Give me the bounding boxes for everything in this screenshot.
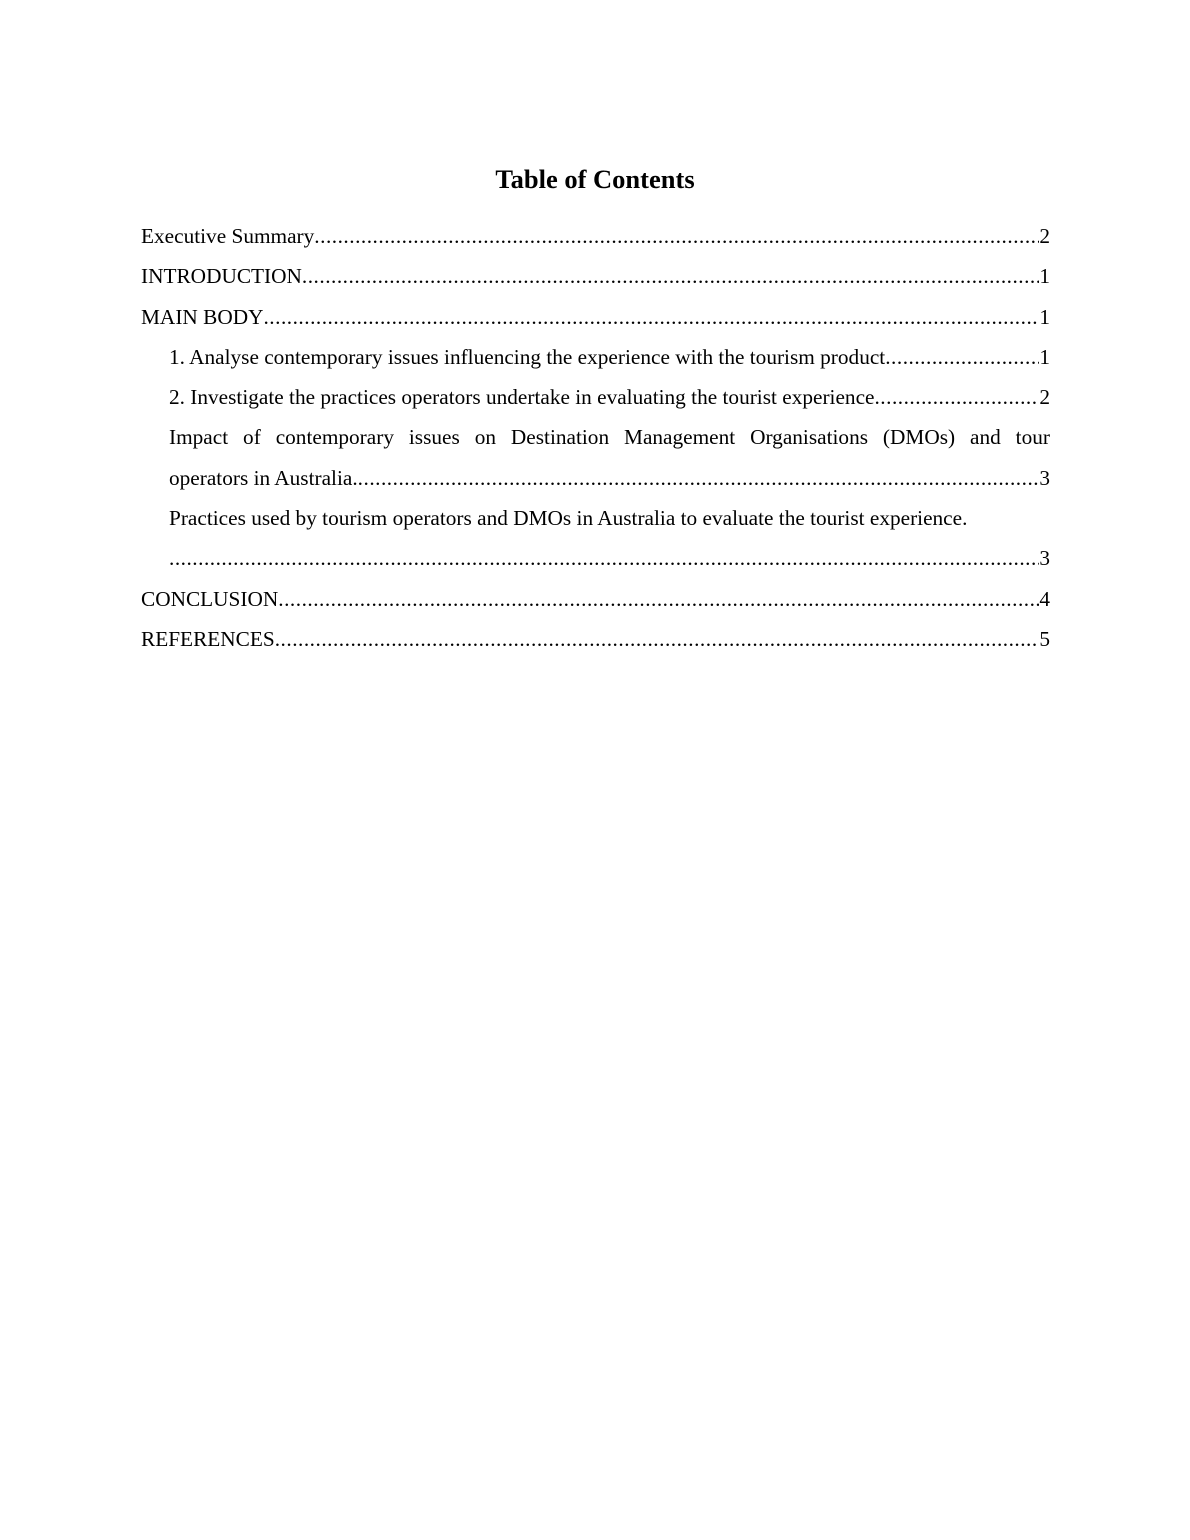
dot-leader xyxy=(314,216,1039,256)
toc-page-number: 5 xyxy=(1039,619,1050,659)
toc-entry-investigate-practices[interactable]: 2. Investigate the practices operators u… xyxy=(141,377,1050,417)
toc-entry-text: REFERENCES xyxy=(141,619,275,659)
toc-entry-executive-summary[interactable]: Executive Summary 2 xyxy=(141,216,1050,256)
toc-entry-text: INTRODUCTION xyxy=(141,256,302,296)
table-of-contents: Executive Summary 2 INTRODUCTION 1 MAIN … xyxy=(141,216,1050,659)
toc-entry-impact-of-contemporary-issues[interactable]: Impact of contemporary issues on Destina… xyxy=(141,417,1050,498)
dot-leader xyxy=(263,297,1039,337)
toc-page-number: 1 xyxy=(1039,297,1050,337)
dot-leader xyxy=(302,256,1039,296)
toc-entry-analyse-contemporary-issues[interactable]: 1. Analyse contemporary issues influenci… xyxy=(141,337,1050,377)
dot-leader xyxy=(278,579,1039,619)
toc-page-number: 2 xyxy=(1039,216,1050,256)
toc-entry-practices-used-by-operators[interactable]: Practices used by tourism operators and … xyxy=(141,498,1050,579)
toc-entry-introduction[interactable]: INTRODUCTION 1 xyxy=(141,256,1050,296)
toc-entry-references[interactable]: REFERENCES 5 xyxy=(141,619,1050,659)
toc-entry-text-line1: Impact of contemporary issues on Destina… xyxy=(169,417,1050,457)
toc-entry-text: MAIN BODY xyxy=(141,297,263,337)
toc-page-number: 3 xyxy=(1039,458,1050,498)
toc-entry-text-line1: Practices used by tourism operators and … xyxy=(169,498,1050,538)
toc-entry-main-body[interactable]: MAIN BODY 1 xyxy=(141,297,1050,337)
dot-leader xyxy=(885,337,1039,377)
toc-page-number: 1 xyxy=(1039,337,1050,377)
toc-entry-text-line2: operators in Australia. xyxy=(169,458,358,498)
dot-leader xyxy=(874,377,1039,417)
toc-page-number: 3 xyxy=(1039,538,1050,578)
toc-title: Table of Contents xyxy=(0,162,1190,196)
dot-leader xyxy=(275,619,1040,659)
toc-page-number: 2 xyxy=(1039,377,1050,417)
toc-entry-text: 1. Analyse contemporary issues influenci… xyxy=(169,337,885,377)
toc-page-number: 1 xyxy=(1039,256,1050,296)
toc-entry-conclusion[interactable]: CONCLUSION 4 xyxy=(141,579,1050,619)
toc-entry-text: 2. Investigate the practices operators u… xyxy=(169,377,874,417)
dot-leader xyxy=(358,458,1040,498)
toc-entry-text: CONCLUSION xyxy=(141,579,278,619)
document-page: Table of Contents Executive Summary 2 IN… xyxy=(0,0,1190,1540)
toc-entry-text: Executive Summary xyxy=(141,216,314,256)
dot-leader xyxy=(169,538,1039,578)
toc-page-number: 4 xyxy=(1039,579,1050,619)
